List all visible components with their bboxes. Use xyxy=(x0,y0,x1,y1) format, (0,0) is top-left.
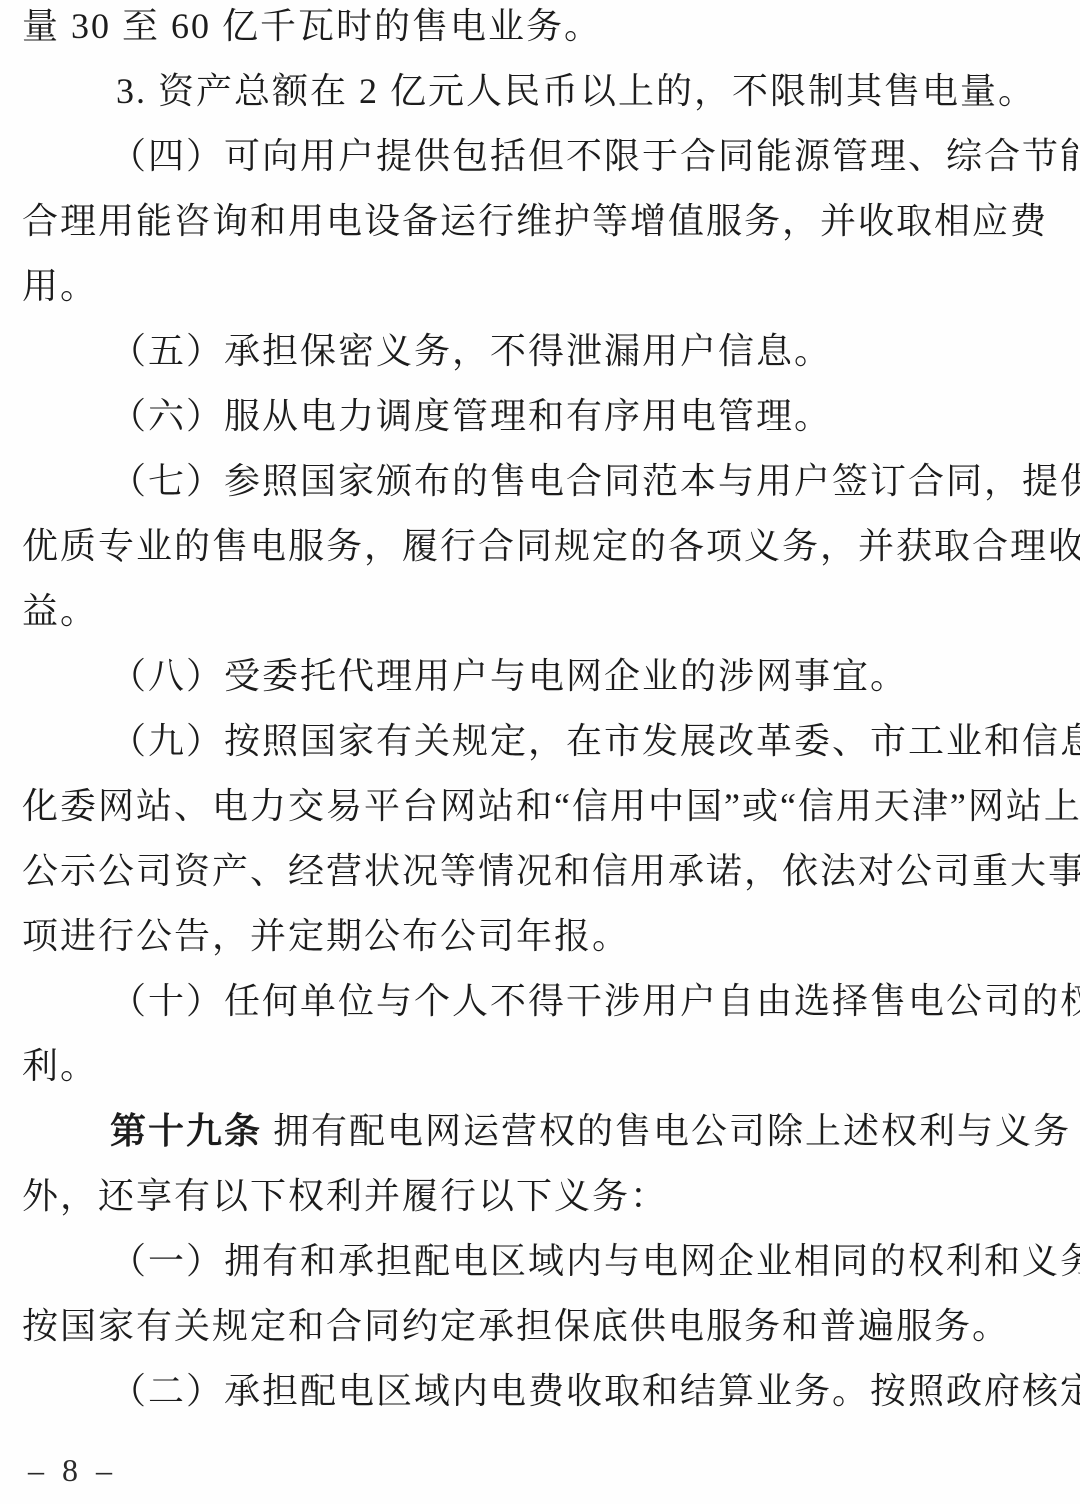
document-body: 量 30 至 60 亿千瓦时的售电业务。3. 资产总额在 2 亿元人民币以上的，… xyxy=(22,0,1062,1424)
body-text: 优质专业的售电服务，履行合同规定的各项义务，并获取合理收 xyxy=(22,526,1080,566)
text-line: 量 30 至 60 亿千瓦时的售电业务。 xyxy=(22,0,1062,59)
text-line: 第十九条 拥有配电网运营权的售电公司除上述权利与义务 xyxy=(22,1099,1062,1164)
body-text: 外，还享有以下权利并履行以下义务： xyxy=(22,1176,668,1216)
body-text: （九）按照国家有关规定，在市发展改革委、市工业和信息 xyxy=(110,721,1080,761)
text-line: 按国家有关规定和合同约定承担保底供电服务和普遍服务。 xyxy=(22,1294,1062,1359)
text-line: 外，还享有以下权利并履行以下义务： xyxy=(22,1164,1062,1229)
text-line: （一）拥有和承担配电区域内与电网企业相同的权利和义务， xyxy=(22,1229,1062,1294)
body-text: 合理用能咨询和用电设备运行维护等增值服务，并收取相应费 xyxy=(22,201,1048,241)
text-line: 公示公司资产、经营状况等情况和信用承诺，依法对公司重大事 xyxy=(22,839,1062,904)
document-page: 量 30 至 60 亿千瓦时的售电业务。3. 资产总额在 2 亿元人民币以上的，… xyxy=(0,0,1080,1504)
body-text: 利。 xyxy=(22,1046,98,1086)
text-line: 合理用能咨询和用电设备运行维护等增值服务，并收取相应费 xyxy=(22,189,1062,254)
text-line: （八）受委托代理用户与电网企业的涉网事宜。 xyxy=(22,644,1062,709)
body-text: （五）承担保密义务，不得泄漏用户信息。 xyxy=(110,331,832,371)
text-line: 3. 资产总额在 2 亿元人民币以上的，不限制其售电量。 xyxy=(22,59,1062,124)
body-text: 量 30 至 60 亿千瓦时的售电业务。 xyxy=(22,6,602,46)
page-number: – 8 – xyxy=(28,1452,117,1489)
article-heading-text: 第十九条 xyxy=(110,1111,262,1151)
body-text: 用。 xyxy=(22,266,98,306)
body-text: （一）拥有和承担配电区域内与电网企业相同的权利和义务， xyxy=(110,1241,1080,1281)
text-line: （七）参照国家颁布的售电合同范本与用户签订合同，提供 xyxy=(22,449,1062,514)
body-text: 项进行公告，并定期公布公司年报。 xyxy=(22,916,630,956)
text-line: （六）服从电力调度管理和有序用电管理。 xyxy=(22,384,1062,449)
text-line: 利。 xyxy=(22,1034,1062,1099)
text-line: 优质专业的售电服务，履行合同规定的各项义务，并获取合理收 xyxy=(22,514,1062,579)
text-line: 项进行公告，并定期公布公司年报。 xyxy=(22,904,1062,969)
body-text: 按国家有关规定和合同约定承担保底供电服务和普遍服务。 xyxy=(22,1306,1010,1346)
text-line: （四）可向用户提供包括但不限于合同能源管理、综合节能、 xyxy=(22,124,1062,189)
body-text: （六）服从电力调度管理和有序用电管理。 xyxy=(110,396,832,436)
body-text: （十）任何单位与个人不得干涉用户自由选择售电公司的权 xyxy=(110,981,1080,1021)
body-text: 3. 资产总额在 2 亿元人民币以上的，不限制其售电量。 xyxy=(116,71,1036,111)
body-text: 拥有配电网运营权的售电公司除上述权利与义务 xyxy=(262,1111,1071,1151)
body-text: 益。 xyxy=(22,591,98,631)
body-text: （四）可向用户提供包括但不限于合同能源管理、综合节能、 xyxy=(110,136,1080,176)
text-line: 益。 xyxy=(22,579,1062,644)
body-text: 化委网站、电力交易平台网站和“信用中国”或“信用天津”网站上 xyxy=(22,786,1080,826)
text-line: 用。 xyxy=(22,254,1062,319)
text-line: （二）承担配电区域内电费收取和结算业务。按照政府核定 xyxy=(22,1359,1062,1424)
body-text: （八）受委托代理用户与电网企业的涉网事宜。 xyxy=(110,656,908,696)
text-line: 化委网站、电力交易平台网站和“信用中国”或“信用天津”网站上 xyxy=(22,774,1062,839)
body-text: （二）承担配电区域内电费收取和结算业务。按照政府核定 xyxy=(110,1371,1080,1411)
text-line: （五）承担保密义务，不得泄漏用户信息。 xyxy=(22,319,1062,384)
body-text: （七）参照国家颁布的售电合同范本与用户签订合同，提供 xyxy=(110,461,1080,501)
text-line: （九）按照国家有关规定，在市发展改革委、市工业和信息 xyxy=(22,709,1062,774)
body-text: 公示公司资产、经营状况等情况和信用承诺，依法对公司重大事 xyxy=(22,851,1080,891)
text-line: （十）任何单位与个人不得干涉用户自由选择售电公司的权 xyxy=(22,969,1062,1034)
